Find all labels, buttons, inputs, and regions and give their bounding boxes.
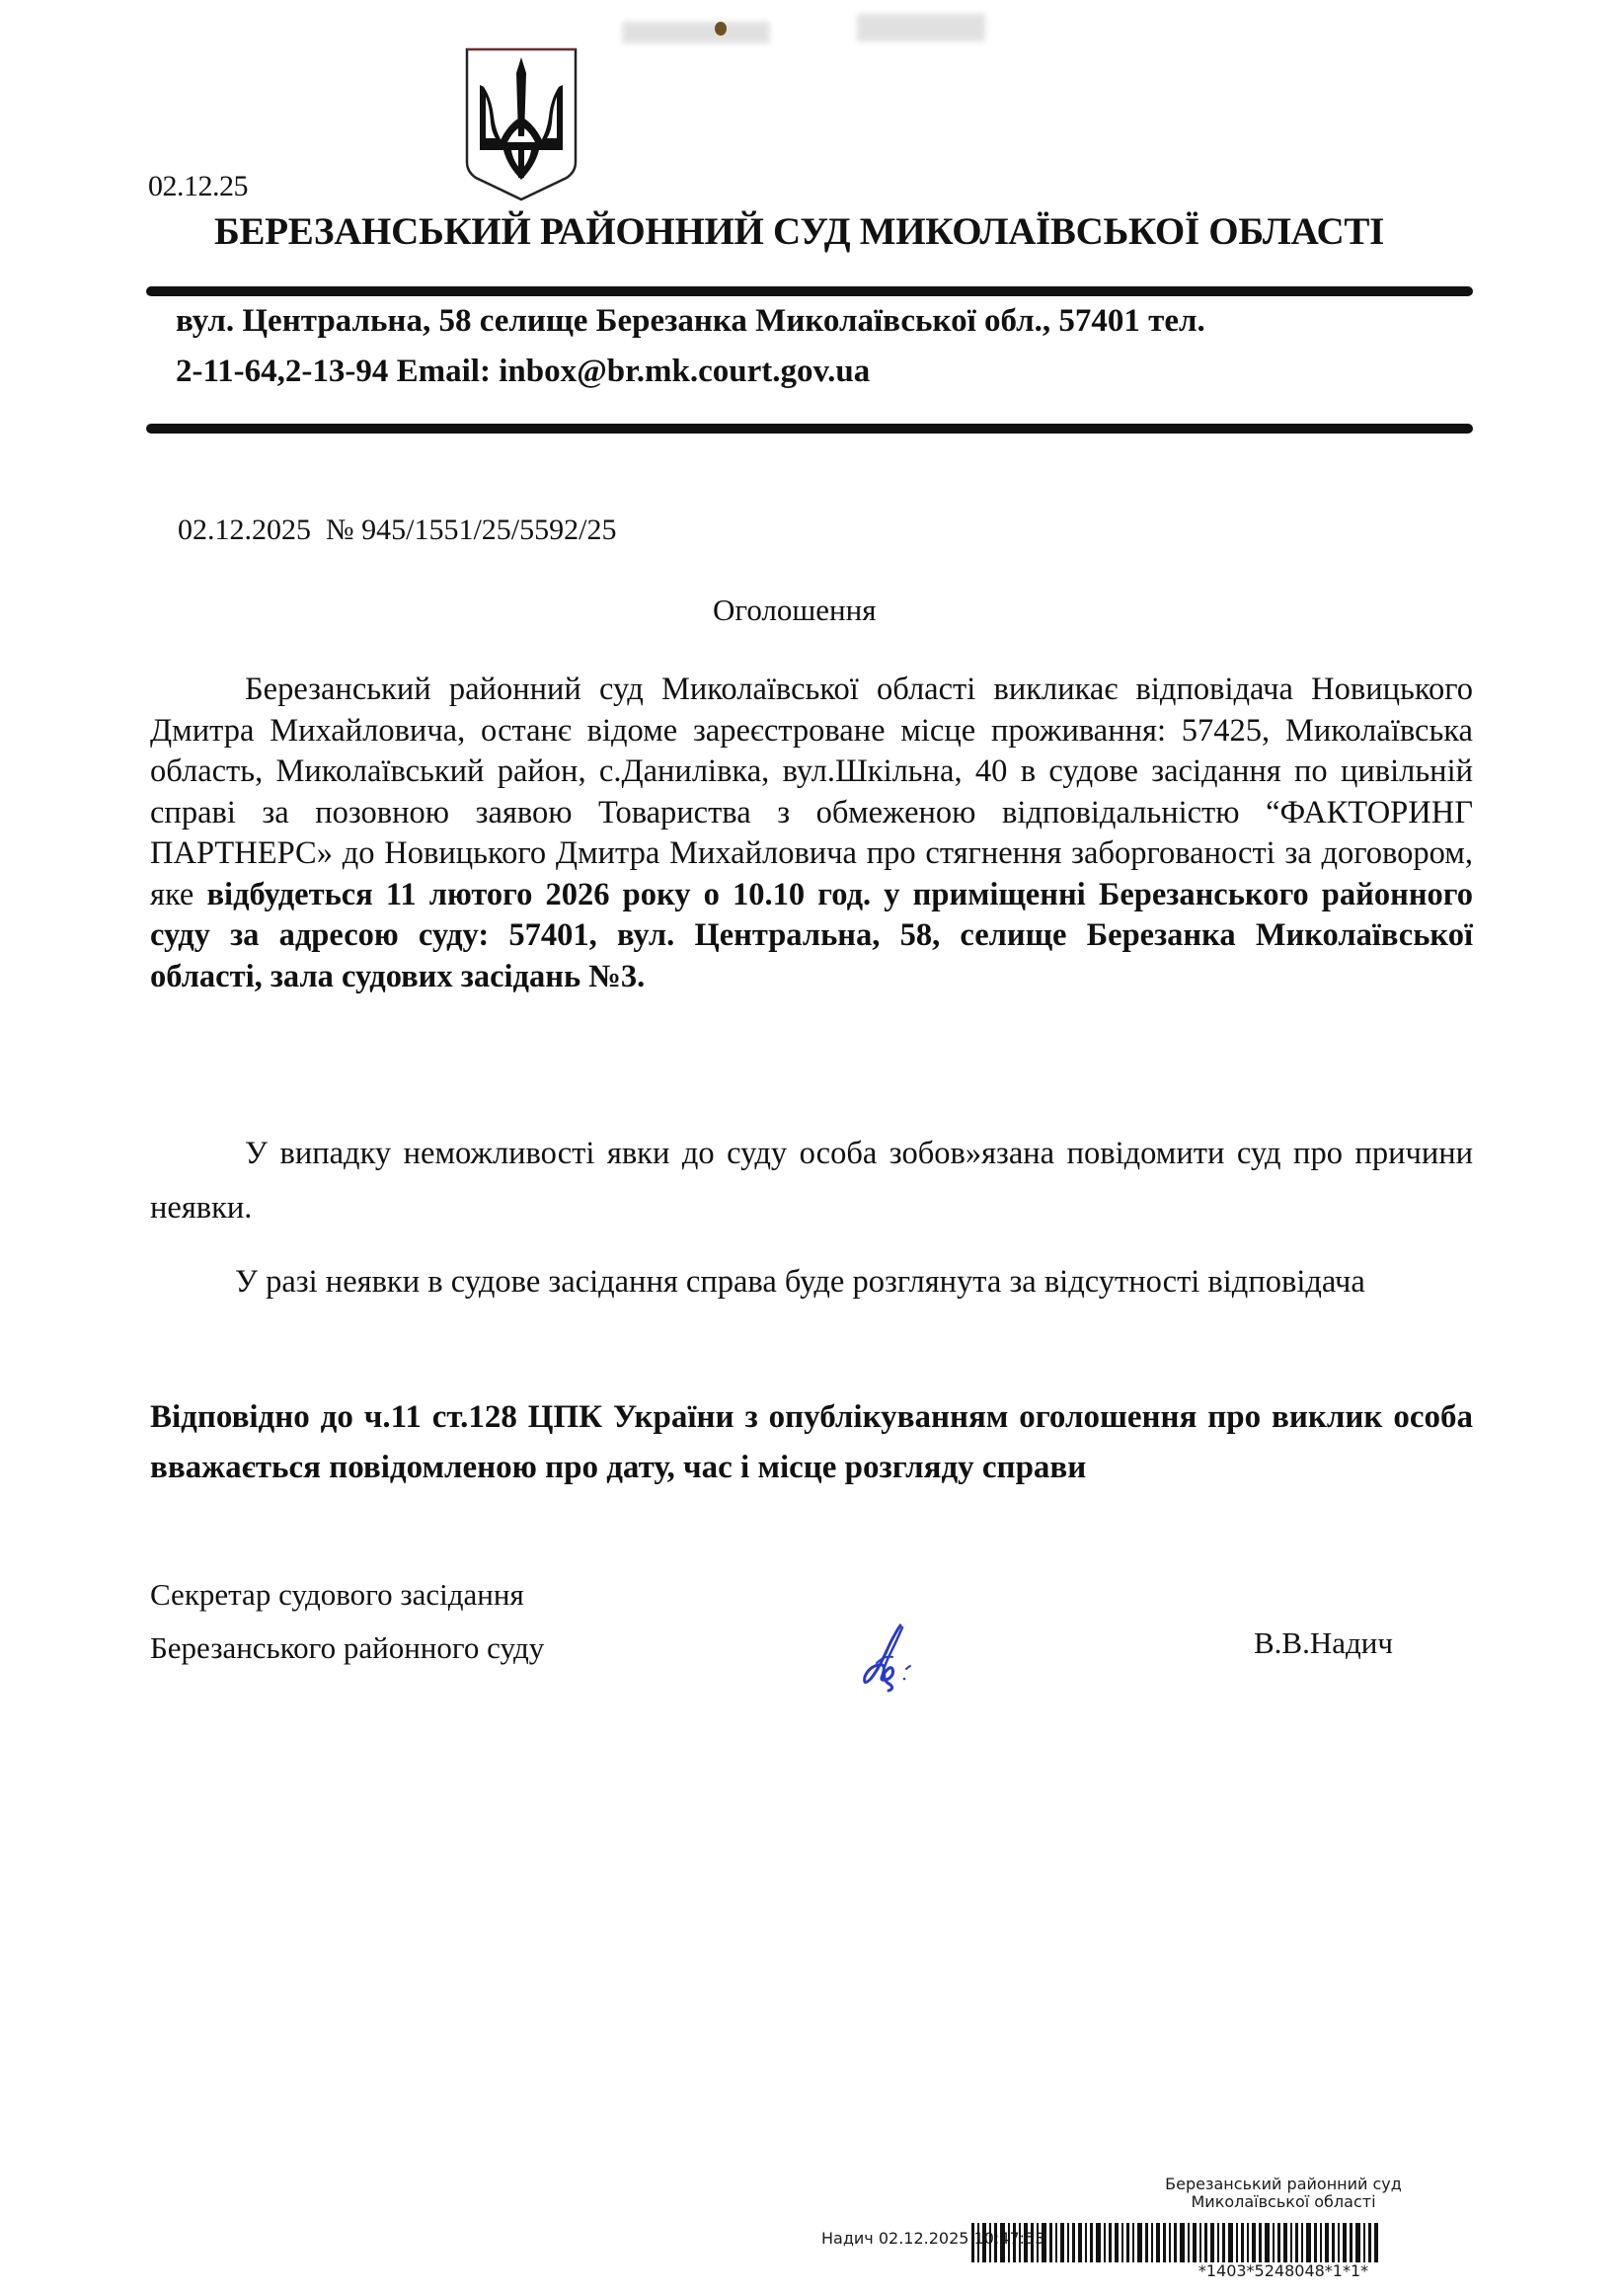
barcode-bar [1320, 2223, 1322, 2262]
barcode-bar [1000, 2223, 1005, 2262]
court-address-line-2: 2-11-64,2-13-94 Email: inbox@br.mk.court… [176, 347, 1479, 397]
barcode-bar [1204, 2223, 1207, 2262]
barcode-bar [1325, 2223, 1329, 2262]
barcode-bar [1277, 2223, 1280, 2262]
court-name-heading: БЕРЕЗАНСЬКИЙ РАЙОННИЙ СУД МИКОЛАЇВСЬКОЇ … [214, 209, 1384, 254]
barcode-bar [1072, 2223, 1075, 2262]
barcode-bar [1217, 2223, 1219, 2262]
barcode-bar [977, 2223, 979, 2262]
barcode-bar [1024, 2223, 1028, 2262]
registration-date: 02.12.2025 [178, 514, 311, 546]
barcode-bar [1174, 2223, 1177, 2262]
barcode-bar [1145, 2223, 1148, 2262]
barcode-bar [1265, 2223, 1270, 2262]
barcode-bar [1228, 2223, 1233, 2262]
barcode-bar [1338, 2223, 1340, 2262]
barcode-bar [1109, 2223, 1112, 2262]
signatory-title-line-1: Секретар судового засідання [150, 1568, 544, 1622]
barcode-bar [1042, 2223, 1046, 2262]
barcode-bar [1199, 2223, 1201, 2262]
barcode-bar [1259, 2223, 1262, 2262]
barcode-bar [1037, 2223, 1039, 2262]
barcode-bar [1008, 2223, 1010, 2262]
barcode-bar [1060, 2223, 1064, 2262]
barcode-bar [1156, 2223, 1160, 2262]
barcode-bar [1132, 2223, 1134, 2262]
barcode-bar [989, 2223, 991, 2262]
barcode-bar [1126, 2223, 1129, 2262]
barcode-bar [1163, 2223, 1166, 2262]
barcode-bar [1343, 2223, 1347, 2262]
barcode-bar [1115, 2223, 1119, 2262]
barcode-bar [1295, 2223, 1298, 2262]
scan-dot [715, 22, 727, 36]
header-divider-bottom [146, 424, 1473, 434]
barcode-bar [1085, 2223, 1087, 2262]
barcode-bar [971, 2223, 974, 2262]
barcode-bar [1169, 2223, 1171, 2262]
notice-paragraph-summons: Березанський районний суд Миколаївської … [150, 670, 1473, 997]
court-address: вул. Центральна, 58 селище Березанка Мик… [176, 296, 1479, 397]
barcode-bar [1301, 2223, 1303, 2262]
barcode-bar [1241, 2223, 1244, 2262]
barcode-bar [1067, 2223, 1069, 2262]
barcode-bar [1188, 2223, 1190, 2262]
barcode-bar [1210, 2223, 1214, 2262]
signer-name: В.В.Надич [1254, 1625, 1393, 1661]
barcode-bar [1151, 2223, 1153, 2262]
barcode-bar [1273, 2223, 1275, 2262]
barcode-bar [1013, 2223, 1016, 2262]
barcode-bar [1137, 2223, 1142, 2262]
registration-line: 02.12.2025 № 945/1551/25/5592/25 [178, 514, 616, 547]
header-short-date: 02.12.25 [148, 170, 248, 203]
barcode-bar [1193, 2223, 1197, 2262]
barcode-bar [1049, 2223, 1052, 2262]
scan-smudge [622, 22, 770, 43]
barcode-bar [982, 2223, 986, 2262]
barcode-bar [1314, 2223, 1317, 2262]
notice-paragraph-absence-consequence: У разі неявки в судове засідання справа … [150, 1255, 1473, 1309]
registration-number: 945/1551/25/5592/25 [361, 514, 616, 546]
hearing-details: відбудеться 11 лютого 2026 року о 10.10 … [150, 877, 1473, 994]
barcode-bar [1368, 2223, 1371, 2262]
barcode-bar [1306, 2223, 1311, 2262]
stamp-org-line-1: Березанський районний суд [1135, 2176, 1431, 2193]
barcode-bar [1236, 2223, 1238, 2262]
header-divider-top [146, 286, 1473, 296]
barcode-bar [1350, 2223, 1352, 2262]
barcode-bar [1363, 2223, 1365, 2262]
barcode-bar [1355, 2223, 1360, 2262]
barcode-bar [1252, 2223, 1256, 2262]
barcode-bar [1290, 2223, 1292, 2262]
document-title: Оголошення [713, 593, 876, 628]
stamp-barcode-code: *1403*5248048*1*1* [1135, 2261, 1431, 2280]
barcode-bar [1078, 2223, 1082, 2262]
barcode-bar [1332, 2223, 1335, 2262]
barcode-icon [971, 2223, 1453, 2262]
barcode-bar [1283, 2223, 1287, 2262]
barcode-bar [1096, 2223, 1101, 2262]
barcode-bar [1121, 2223, 1123, 2262]
barcode-bar [1222, 2223, 1225, 2262]
barcode-bar [1374, 2223, 1378, 2262]
stamp-organization: Березанський районний суд Миколаївської … [1135, 2176, 1431, 2211]
stamp-org-line-2: Миколаївської області [1135, 2193, 1431, 2211]
signatory-title: Секретар судового засідання Березанськог… [150, 1568, 544, 1675]
barcode-bar [1031, 2223, 1034, 2262]
number-sign: № [326, 514, 354, 546]
barcode-bar [1055, 2223, 1057, 2262]
notice-paragraph-absence-duty: У випадку неможливості явки до суду особ… [150, 1127, 1473, 1235]
scan-smudge [857, 14, 985, 41]
barcode-bar [1180, 2223, 1185, 2262]
barcode-bar [1104, 2223, 1106, 2262]
barcode-bar [1247, 2223, 1249, 2262]
barcode-bar [1090, 2223, 1093, 2262]
barcode-bar [994, 2223, 997, 2262]
ukraine-trident-coat-of-arms-icon [464, 45, 579, 201]
notice-paragraph-legal-basis: Відповідно до ч.11 ст.128 ЦПК України з … [150, 1392, 1473, 1493]
signatory-title-line-2: Березанського районного суду [150, 1622, 544, 1675]
court-address-line-1: вул. Центральна, 58 селище Березанка Мик… [176, 296, 1479, 347]
barcode-bar [1019, 2223, 1021, 2262]
handwritten-signature-icon [849, 1620, 928, 1699]
